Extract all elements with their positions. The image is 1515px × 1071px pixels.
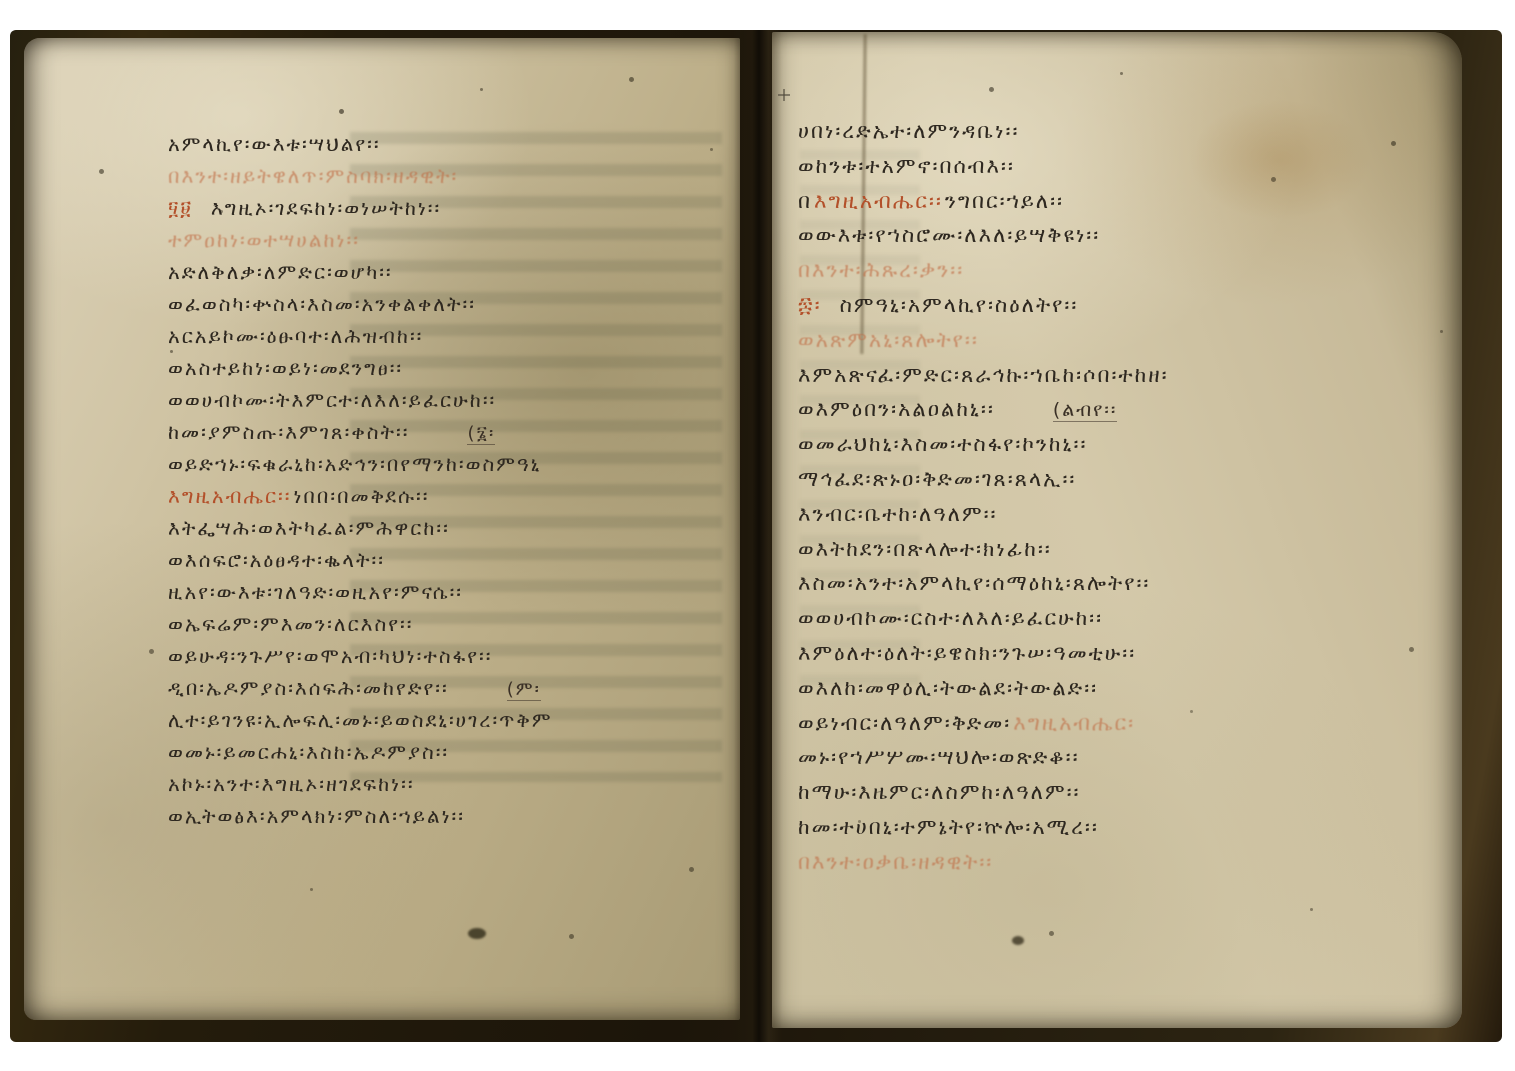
text-segment: በእንተ፡ዐቃቤ፡ዘዳዊት፡፡ <box>798 850 993 874</box>
text-segment: ሀበነ፡ረድኤተ፡ለምንዳቤነ፡፡ <box>798 119 1019 143</box>
text-segment: አርአይኮሙ፡ዕፁባተ፡ለሕዝብከ፡፡ <box>168 324 423 348</box>
text-line: ወመኑ፡ይመርሐኒ፡እስከ፡ኤዶምያስ፡፡ <box>168 736 743 768</box>
text-segment: ወወሀብኮሙ፡ትእምርተ፡ለእለ፡ይፈርሁከ፡፡ <box>168 388 496 412</box>
margin-number: ፶፱ <box>168 196 193 220</box>
text-line: ወእሰፍሮ፡አዕፀዳተ፡ቈላት፡፡ <box>168 544 743 576</box>
text-segment: እግዚኦ፡ገደፍከነ፡ወነሠትከነ፡፡ <box>211 196 441 220</box>
text-segment: እስመ፡አንተ፡አምላኪየ፡ሰማዕከኒ፡ጸሎትየ፡፡ <box>798 571 1150 595</box>
text-line: ከማሁ፡እዜምር፡ለስምከ፡ለዓለም፡፡ <box>798 775 1458 810</box>
text-segment: በእንተ፡ሕጹረ፡ቃን፡፡ <box>798 258 964 282</box>
text-segment: ዚአየ፡ውእቱ፡ገለዓድ፡ወዚአየ፡ምናሴ፡፡ <box>168 580 463 604</box>
text-line: ማኅፈደ፡ጽኑዐ፡ቅድመ፡ገጸ፡ጸላኢ፡፡ <box>798 462 1458 497</box>
text-segment: ወፈወስካ፡ቍስላ፡እስመ፡አንቀልቀለት፡፡ <box>168 292 476 316</box>
text-segment: ሊተ፡ይገንዩ፡ኢሎፍሊ፡መኑ፡ይወስደኒ፡ሀገረ፡ጥቅም <box>168 708 553 732</box>
text-line: ወአጽምአኒ፡ጸሎትየ፡፡ <box>798 323 1458 358</box>
text-segment: አምላኪየ፡ውእቱ፡ሣህልየ፡፡ <box>168 132 381 156</box>
text-line: እትፌሣሕ፡ወእትካፈል፡ምሕዋርከ፡፡ <box>168 512 743 544</box>
book-photo: አምላኪየ፡ውእቱ፡ሣህልየ፡፡በእንተ፡ዘይትዌለጥ፡ምስባክ፡ዘዳዊት፡፶፱… <box>10 30 1502 1042</box>
text-segment: ወመኑ፡ይመርሐኒ፡እስከ፡ኤዶምያስ፡፡ <box>168 740 449 764</box>
text-line: ከመ፡ያምስጡ፡እምገጸ፡ቀስት፡፡(፮፡ <box>168 416 743 448</box>
text-line: ተምዐከነ፡ወተሣሀልከነ፡፡ <box>168 224 743 256</box>
text-segment: ወኤፍሬም፡ምእመን፡ለርእስየ፡፡ <box>168 612 413 636</box>
pencil-cross-mark <box>783 89 785 101</box>
left-page-text: አምላኪየ፡ውእቱ፡ሣህልየ፡፡በእንተ፡ዘይትዌለጥ፡ምስባክ፡ዘዳዊት፡፶፱… <box>168 128 743 832</box>
text-line: እግዚአብሔር፡፡ነበበ፡በመቅደሱ፡፡ <box>168 480 743 512</box>
text-line: አኮኑ፡አንተ፡እግዚኦ፡ዘገደፍከነ፡፡ <box>168 768 743 800</box>
text-line: ከመ፡ተሀበኒ፡ተምኔትየ፡ኵሎ፡አሚረ፡፡ <box>798 810 1458 845</box>
text-line: አርአይኮሙ፡ዕፁባተ፡ለሕዝብከ፡፡ <box>168 320 743 352</box>
text-segment: ዲበ፡ኤዶምያስ፡እሰፍሕ፡መከየድየ፡፡ <box>168 676 449 700</box>
text-segment: ወውእቱ፡የኀስሮሙ፡ለእለ፡ይሣቅዩነ፡፡ <box>798 223 1100 247</box>
text-line: ወይሁዳ፡ንጉሥየ፡ወሞአብ፡ካህነ፡ተስፋየ፡፡ <box>168 640 743 672</box>
text-line: ወከንቱ፡ተአምኖ፡በሰብእ፡፡ <box>798 149 1458 184</box>
text-segment: ወመራህከኒ፡እስመ፡ተስፋየ፡ኮንከኒ፡፡ <box>798 432 1087 456</box>
text-segment: ወይነብር፡ለዓለም፡ቅድመ፡ <box>798 711 1011 735</box>
text-segment: እምአጽናፈ፡ምድር፡ጸራኅኩ፡ኀቤከ፡ሶበ፡ተከዘ፡ <box>798 363 1169 387</box>
ink-blot <box>468 928 486 939</box>
text-segment: ወይድኀኑ፡ፍቁራኒከ፡አድኅን፡በየማንከ፡ወስምዓኒ <box>168 452 541 476</box>
text-segment: ወእምዕበን፡አልዐልከኒ፡፡ <box>798 397 995 421</box>
text-line: እምዕለተ፡ዕለት፡ይዌስክ፡ንጉሠ፡ዓመቲሁ፡፡ <box>798 636 1458 671</box>
text-segment: ወእሰፍሮ፡አዕፀዳተ፡ቈላት፡፡ <box>168 548 385 572</box>
margin-number: ፷፡ <box>798 293 822 317</box>
text-line: ፶፱እግዚኦ፡ገደፍከነ፡ወነሠትከነ፡፡ <box>168 192 743 224</box>
margin-note: (፮፡ <box>467 423 495 445</box>
text-line: ወእለከ፡መዋዕሊ፡ትውልደ፡ትውልድ፡፡ <box>798 671 1458 706</box>
text-line: እንብር፡ቤተከ፡ለዓለም፡፡ <box>798 497 1458 532</box>
text-line: ወይነብር፡ለዓለም፡ቅድመ፡እግዚአብሔር፡ <box>798 706 1458 741</box>
text-line: በእግዚአብሔር፡፡ንግበር፡ኀይለ፡፡ <box>798 184 1458 219</box>
text-line: ወይድኀኑ፡ፍቁራኒከ፡አድኅን፡በየማንከ፡ወስምዓኒ <box>168 448 743 480</box>
text-line: አድለቅለቃ፡ለምድር፡ወሆካ፡፡ <box>168 256 743 288</box>
text-line: አምላኪየ፡ውእቱ፡ሣህልየ፡፡ <box>168 128 743 160</box>
text-segment: ነበበ፡በመቅደሱ፡፡ <box>293 484 429 508</box>
text-segment: ከማሁ፡እዜምር፡ለስምከ፡ለዓለም፡፡ <box>798 780 1081 804</box>
text-line: ወአስተይከነ፡ወይነ፡መደንግፀ፡፡ <box>168 352 743 384</box>
right-page-text: ሀበነ፡ረድኤተ፡ለምንዳቤነ፡፡ወከንቱ፡ተአምኖ፡በሰብእ፡፡በእግዚአብሔ… <box>798 114 1458 880</box>
text-segment: ተምዐከነ፡ወተሣሀልከነ፡፡ <box>168 228 360 252</box>
text-segment: ወአጽምአኒ፡ጸሎትየ፡፡ <box>798 328 979 352</box>
text-segment: ወኢትወፅእ፡አምላክነ፡ምስለ፡ኀይልነ፡፡ <box>168 804 465 828</box>
text-line: ወመራህከኒ፡እስመ፡ተስፋየ፡ኮንከኒ፡፡ <box>798 427 1458 462</box>
text-line: ወውእቱ፡የኀስሮሙ፡ለእለ፡ይሣቅዩነ፡፡ <box>798 218 1458 253</box>
text-line: ወእትከደን፡በጽላሎተ፡ክነፊከ፡፡ <box>798 532 1458 567</box>
text-segment: እምዕለተ፡ዕለት፡ይዌስክ፡ንጉሠ፡ዓመቲሁ፡፡ <box>798 641 1136 665</box>
text-segment: ወወሀብኮሙ፡ርስተ፡ለእለ፡ይፈርሁከ፡፡ <box>798 606 1103 630</box>
text-segment: አኮኑ፡አንተ፡እግዚኦ፡ዘገደፍከነ፡፡ <box>168 772 415 796</box>
text-segment: ወአስተይከነ፡ወይነ፡መደንግፀ፡፡ <box>168 356 403 380</box>
text-segment: ወእለከ፡መዋዕሊ፡ትውልደ፡ትውልድ፡፡ <box>798 676 1098 700</box>
text-segment: ማኅፈደ፡ጽኑዐ፡ቅድመ፡ገጸ፡ጸላኢ፡፡ <box>798 467 1076 491</box>
ink-specks <box>10 30 13 33</box>
text-segment: እትፌሣሕ፡ወእትካፈል፡ምሕዋርከ፡፡ <box>168 516 450 540</box>
text-segment: እግዚአብሔር፡፡ <box>814 189 943 213</box>
text-segment: ከመ፡ተሀበኒ፡ተምኔትየ፡ኵሎ፡አሚረ፡፡ <box>798 815 1099 839</box>
ink-blot <box>1012 936 1024 945</box>
text-line: ወእምዕበን፡አልዐልከኒ፡፡(ልብየ፡፡ <box>798 392 1458 427</box>
text-segment: በእንተ፡ዘይትዌለጥ፡ምስባክ፡ዘዳዊት፡ <box>168 164 458 188</box>
text-line: ዚአየ፡ውእቱ፡ገለዓድ፡ወዚአየ፡ምናሴ፡፡ <box>168 576 743 608</box>
text-segment: ወእትከደን፡በጽላሎተ፡ክነፊከ፡፡ <box>798 537 1052 561</box>
text-segment: በ <box>798 189 812 213</box>
text-line: በእንተ፡ዘይትዌለጥ፡ምስባክ፡ዘዳዊት፡ <box>168 160 743 192</box>
text-line: እምአጽናፈ፡ምድር፡ጸራኅኩ፡ኀቤከ፡ሶበ፡ተከዘ፡ <box>798 358 1458 393</box>
text-line: በእንተ፡ሕጹረ፡ቃን፡፡ <box>798 253 1458 288</box>
text-line: ሀበነ፡ረድኤተ፡ለምንዳቤነ፡፡ <box>798 114 1458 149</box>
text-segment: ከመ፡ያምስጡ፡እምገጸ፡ቀስት፡፡ <box>168 420 409 444</box>
text-line: ወወሀብኮሙ፡ትእምርተ፡ለእለ፡ይፈርሁከ፡፡ <box>168 384 743 416</box>
text-segment: አድለቅለቃ፡ለምድር፡ወሆካ፡፡ <box>168 260 393 284</box>
text-line: ወኢትወፅእ፡አምላክነ፡ምስለ፡ኀይልነ፡፡ <box>168 800 743 832</box>
text-line: ወፈወስካ፡ቍስላ፡እስመ፡አንቀልቀለት፡፡ <box>168 288 743 320</box>
text-line: ፷፡ስምዓኒ፡አምላኪየ፡ስዕለትየ፡፡ <box>798 288 1458 323</box>
margin-note: (ልብየ፡፡ <box>1053 399 1117 422</box>
text-segment: እግዚአብሔር፡ <box>1013 711 1135 735</box>
text-line: መኑ፡የኀሥሦሙ፡ሣህሎ፡ወጽድቆ፡፡ <box>798 740 1458 775</box>
text-segment: መኑ፡የኀሥሦሙ፡ሣህሎ፡ወጽድቆ፡፡ <box>798 745 1080 769</box>
text-line: ሊተ፡ይገንዩ፡ኢሎፍሊ፡መኑ፡ይወስደኒ፡ሀገረ፡ጥቅም <box>168 704 743 736</box>
text-segment: እግዚአብሔር፡፡ <box>168 484 291 508</box>
text-line: ዲበ፡ኤዶምያስ፡እሰፍሕ፡መከየድየ፡፡(ም፡ <box>168 672 743 704</box>
text-line: በእንተ፡ዐቃቤ፡ዘዳዊት፡፡ <box>798 845 1458 880</box>
text-segment: ስምዓኒ፡አምላኪየ፡ስዕለትየ፡፡ <box>840 293 1079 317</box>
text-line: ወወሀብኮሙ፡ርስተ፡ለእለ፡ይፈርሁከ፡፡ <box>798 601 1458 636</box>
text-segment: ወከንቱ፡ተአምኖ፡በሰብእ፡፡ <box>798 154 1015 178</box>
text-line: ወኤፍሬም፡ምእመን፡ለርእስየ፡፡ <box>168 608 743 640</box>
text-line: እስመ፡አንተ፡አምላኪየ፡ሰማዕከኒ፡ጸሎትየ፡፡ <box>798 566 1458 601</box>
text-segment: ንግበር፡ኀይለ፡፡ <box>945 189 1064 213</box>
margin-note: (ም፡ <box>507 679 541 701</box>
text-segment: ወይሁዳ፡ንጉሥየ፡ወሞአብ፡ካህነ፡ተስፋየ፡፡ <box>168 644 493 668</box>
text-segment: እንብር፡ቤተከ፡ለዓለም፡፡ <box>798 502 998 526</box>
